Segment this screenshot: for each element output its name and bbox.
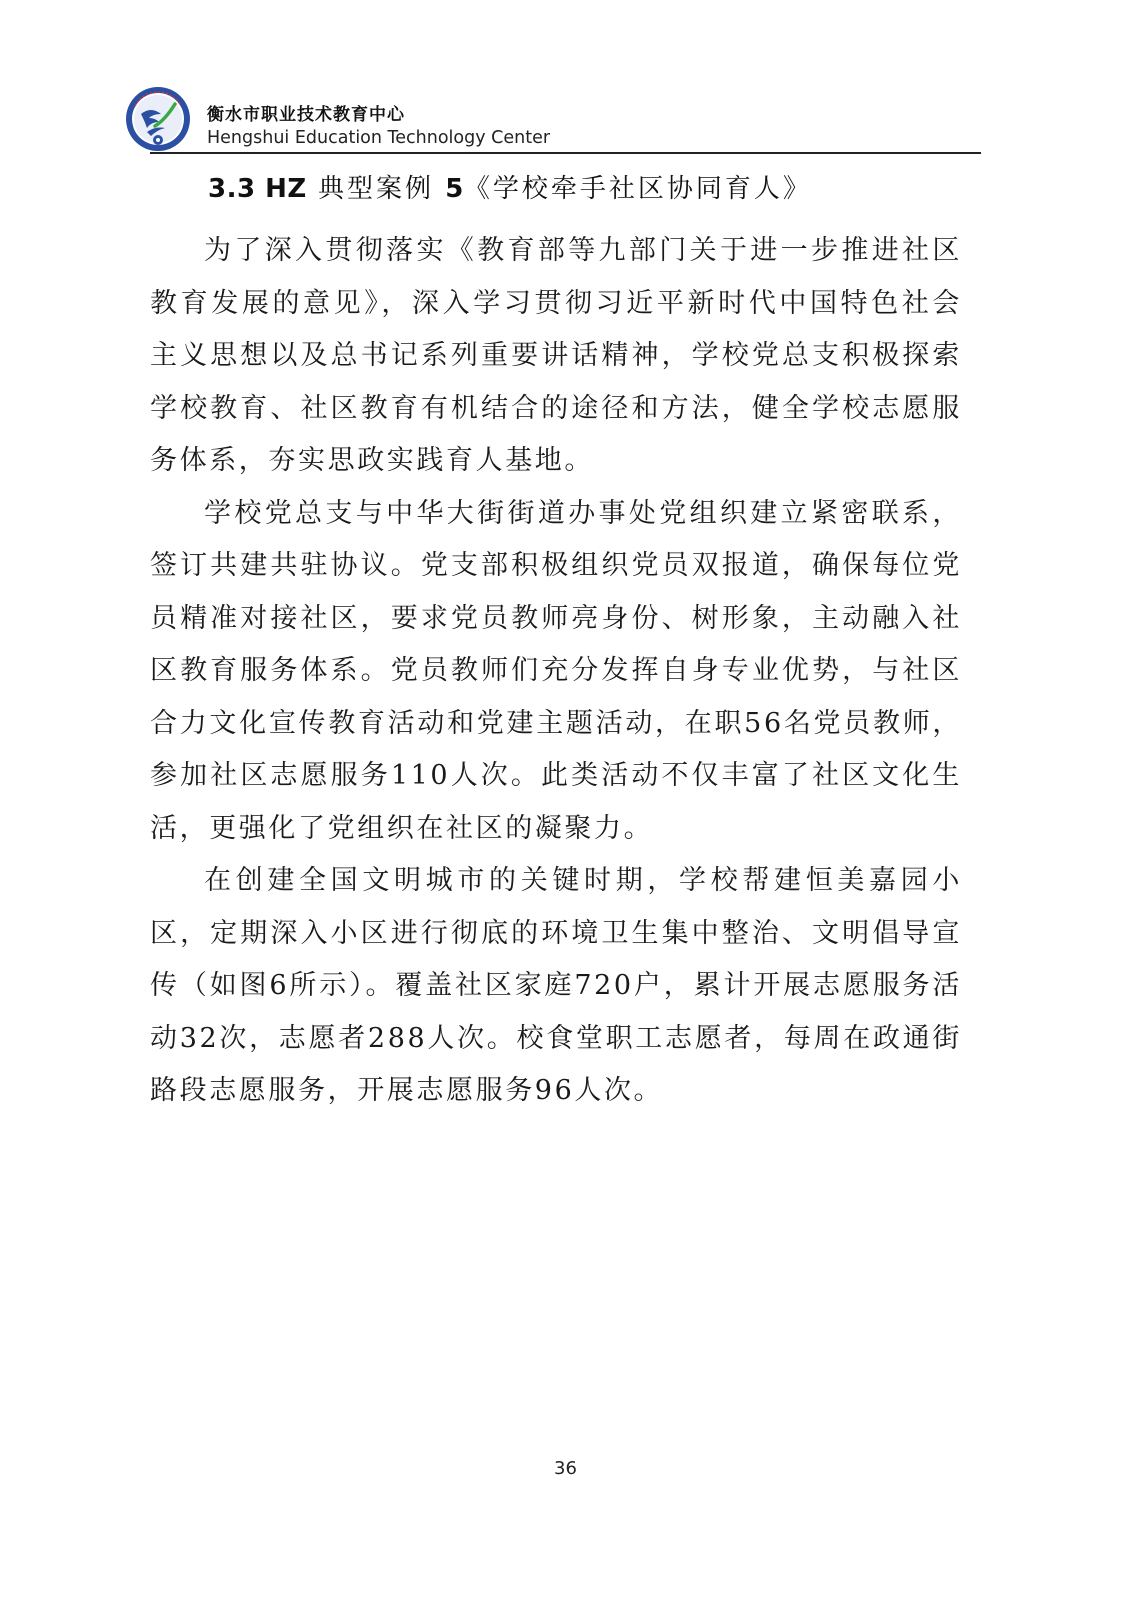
case-title: 《学校牵手社区协同育人》	[464, 174, 812, 204]
org-name-english: Hengshui Education Technology Center	[207, 128, 550, 148]
section-heading: 3.3 HZ 典型案例 5《学校牵手社区协同育人》	[208, 168, 812, 205]
school-emblem-icon	[125, 84, 191, 154]
header-divider	[150, 152, 981, 154]
org-name-chinese: 衡水市职业技术教育中心	[207, 100, 405, 125]
paragraph-party-branch: 学校党总支与中华大街街道办事处党组织建立紧密联系，签订共建共驻协议。党支部积极组…	[150, 488, 962, 856]
page-number: 36	[0, 1458, 1131, 1479]
section-number: 3.3 HZ	[208, 174, 307, 204]
paragraph-civilized-city: 在创建全国文明城市的关键时期，学校帮建恒美嘉园小区，定期深入小区进行彻底的环境卫…	[150, 855, 962, 1118]
body-content: 为了深入贯彻落实《教育部等九部门关于进一步推进社区教育发展的意见》，深入学习贯彻…	[150, 225, 962, 1118]
section-label: 典型案例	[307, 174, 446, 204]
page-header: 衡水市职业技术教育中心 Hengshui Education Technolog…	[125, 84, 985, 156]
paragraph-intro: 为了深入贯彻落实《教育部等九部门关于进一步推进社区教育发展的意见》，深入学习贯彻…	[150, 225, 962, 488]
case-number: 5	[445, 174, 464, 204]
